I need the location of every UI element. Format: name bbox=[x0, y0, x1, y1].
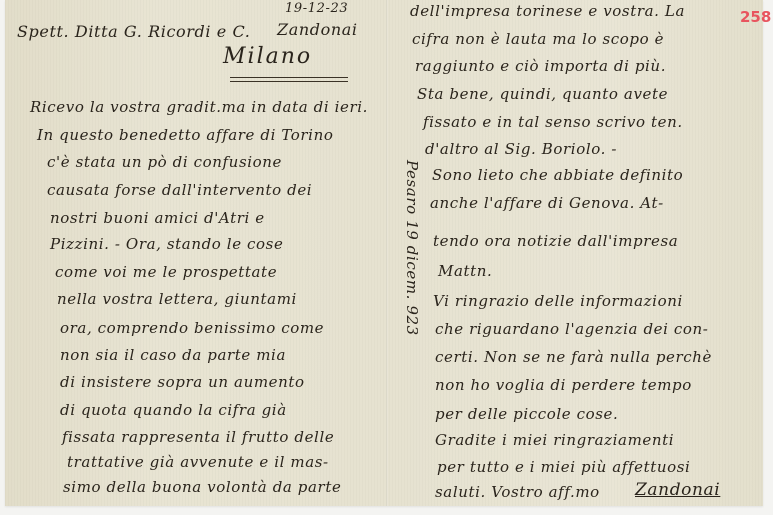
left-line: come voi me le prospettate bbox=[55, 263, 277, 281]
left-line: simo della buona volontà da parte bbox=[63, 478, 341, 496]
left-line: nostri buoni amici d'Atri e bbox=[50, 209, 265, 227]
right-line: Gradite i miei ringraziamenti bbox=[435, 431, 674, 449]
city-underline bbox=[230, 77, 348, 78]
left-line: ora, comprendo benissimo come bbox=[60, 319, 324, 337]
right-line: che riguardano l'agenzia dei con- bbox=[435, 320, 708, 338]
right-line: Mattn. bbox=[438, 262, 492, 280]
left-line: nella vostra lettera, giuntami bbox=[57, 290, 297, 308]
letter-date: 19-12-23 bbox=[285, 1, 348, 16]
right-line: non ho voglia di perdere tempo bbox=[435, 376, 692, 394]
left-line: Pizzini. - Ora, stando le cose bbox=[50, 235, 283, 253]
signature: Zandonai bbox=[635, 480, 720, 500]
right-line: cifra non è lauta ma lo scopo è bbox=[412, 30, 664, 48]
letter-paper: Spett. Ditta G. Ricordi e C. 19-12-23 Za… bbox=[5, 0, 763, 506]
left-line: trattative già avvenute e il mas- bbox=[67, 453, 329, 471]
right-line: per delle piccole cose. bbox=[435, 405, 618, 423]
right-line: saluti. Vostro aff.mo bbox=[435, 483, 600, 501]
right-line: anche l'affare di Genova. At- bbox=[430, 194, 664, 212]
left-line: di insistere sopra un aumento bbox=[60, 373, 305, 391]
sender-note: Zandonai bbox=[277, 20, 358, 39]
paper-fold bbox=[386, 0, 388, 506]
city-underline-2 bbox=[230, 81, 348, 82]
city-line: Milano bbox=[223, 44, 312, 69]
right-line: fissato e in tal senso scrivo ten. bbox=[423, 113, 683, 131]
right-line: per tutto e i miei più affettuosi bbox=[437, 458, 690, 476]
recipient-line: Spett. Ditta G. Ricordi e C. bbox=[17, 22, 250, 41]
left-line: In questo benedetto affare di Torino bbox=[37, 126, 333, 144]
left-line: c'è stata un pò di confusione bbox=[47, 153, 282, 171]
left-line: di quota quando la cifra già bbox=[60, 401, 287, 419]
right-line: raggiunto e ciò importa di più. bbox=[415, 57, 666, 75]
right-line: Vi ringrazio delle informazioni bbox=[433, 292, 683, 310]
right-line: Sono lieto che abbiate definito bbox=[432, 166, 683, 184]
right-line: dell'impresa torinese e vostra. La bbox=[410, 2, 685, 20]
right-line: Sta bene, quindi, quanto avete bbox=[417, 85, 668, 103]
left-line: Ricevo la vostra gradit.ma in data di ie… bbox=[30, 98, 368, 116]
right-line: certi. Non se ne farà nulla perchè bbox=[435, 348, 712, 366]
left-line: non sia il caso da parte mia bbox=[60, 346, 286, 364]
archive-number-stamp: 258 bbox=[740, 8, 771, 26]
right-line: d'altro al Sig. Boriolo. - bbox=[425, 140, 617, 158]
left-line: causata forse dall'intervento dei bbox=[47, 181, 312, 199]
left-line: fissata rappresenta il frutto delle bbox=[62, 428, 334, 446]
right-line: tendo ora notizie dall'impresa bbox=[433, 232, 678, 250]
place-date-margin-note: Pesaro 19 dicem. 923 bbox=[403, 160, 421, 336]
